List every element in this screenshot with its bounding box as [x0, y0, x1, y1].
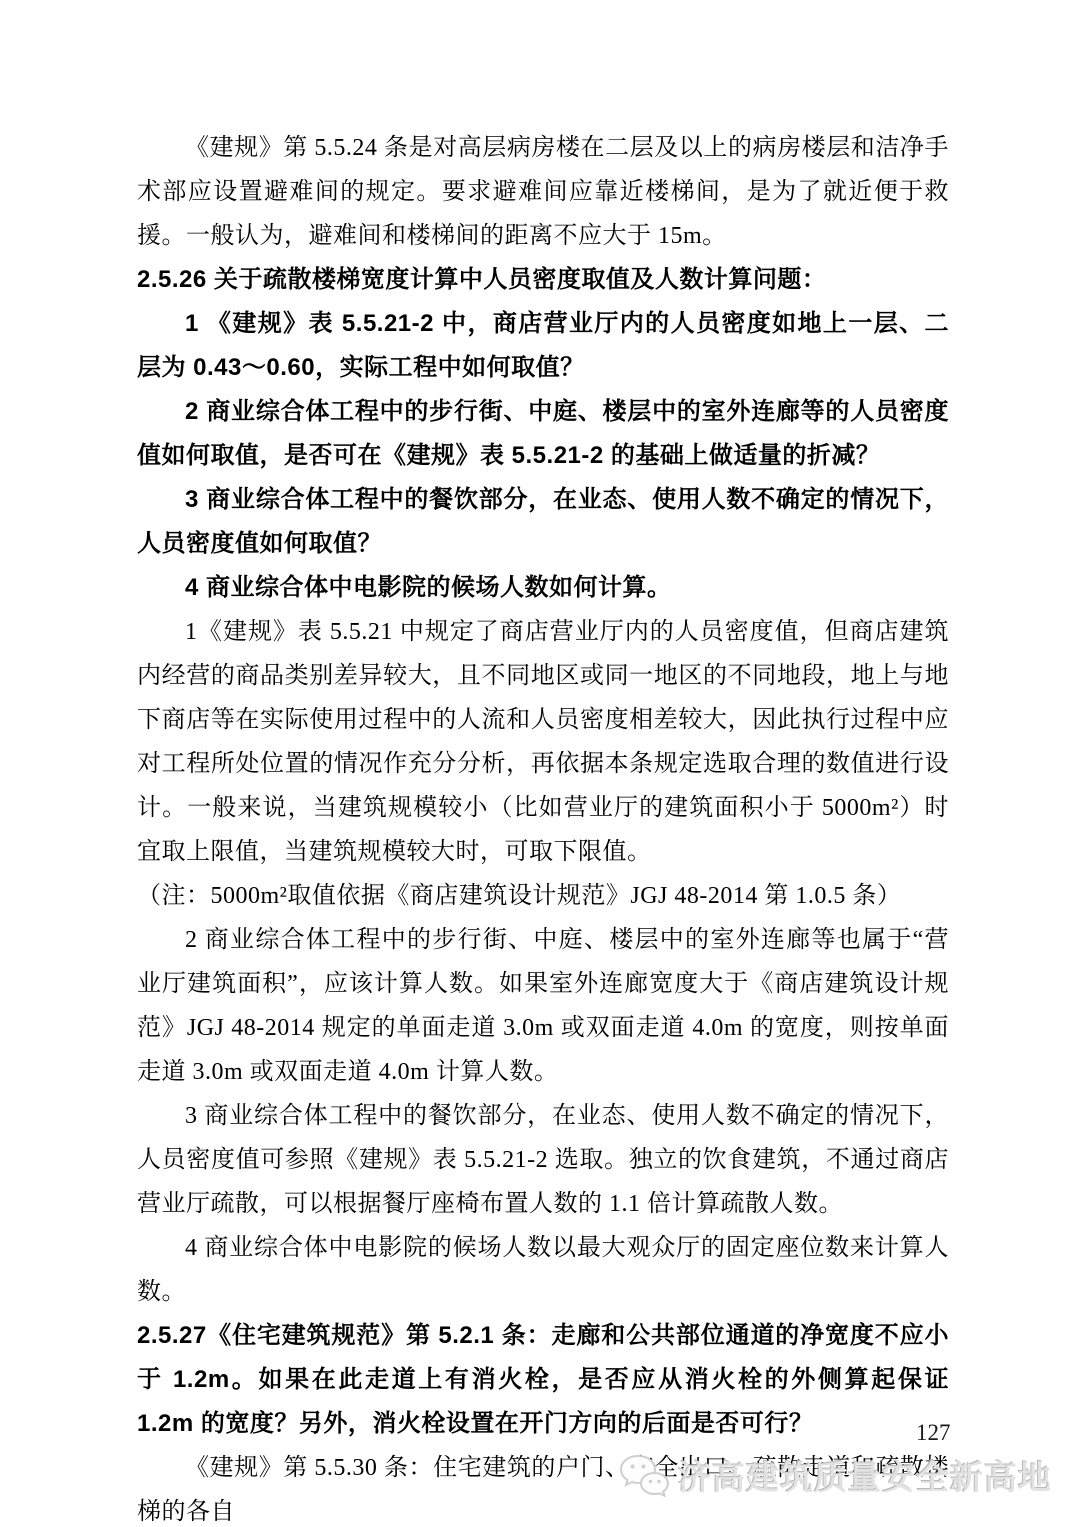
paragraph: 2.5.27《住宅建筑规范》第 5.2.1 条：走廊和公共部位通道的净宽度不应小… [137, 1314, 949, 1446]
watermark-text: 济高建筑质量安全新高地 [678, 1452, 1052, 1499]
paragraph: 4 商业综合体中电影院的候场人数以最大观众厅的固定座位数来计算人数。 [137, 1226, 949, 1314]
document-page: 《建规》第 5.5.24 条是对高层病房楼在二层及以上的病房楼层和洁净手术部应设… [0, 0, 1080, 1527]
document-body: 《建规》第 5.5.24 条是对高层病房楼在二层及以上的病房楼层和洁净手术部应设… [137, 126, 949, 1527]
paragraph: 4 商业综合体中电影院的候场人数如何计算。 [137, 566, 949, 610]
paragraph: 2.5.26 关于疏散楼梯宽度计算中人员密度取值及人数计算问题： [137, 258, 949, 302]
paragraph: 2 商业综合体工程中的步行街、中庭、楼层中的室外连廊等也属于“营业厅建筑面积”，… [137, 918, 949, 1094]
paragraph: 1《建规》表 5.5.21 中规定了商店营业厅内的人员密度值，但商店建筑内经营的… [137, 610, 949, 874]
paragraph: 《建规》第 5.5.24 条是对高层病房楼在二层及以上的病房楼层和洁净手术部应设… [137, 126, 949, 258]
paragraph: 1 《建规》表 5.5.21-2 中，商店营业厅内的人员密度如地上一层、二层为 … [137, 302, 949, 390]
page-number: 127 [916, 1420, 951, 1446]
paragraph: （注：5000m²取值依据《商店建筑设计规范》JGJ 48-2014 第 1.0… [137, 874, 949, 918]
watermark: 济高建筑质量安全新高地 [618, 1452, 1052, 1499]
paragraph: 2 商业综合体工程中的步行街、中庭、楼层中的室外连廊等的人员密度值如何取值，是否… [137, 390, 949, 478]
wechat-icon [618, 1453, 670, 1499]
paragraph: 3 商业综合体工程中的餐饮部分，在业态、使用人数不确定的情况下，人员密度值可参照… [137, 1094, 949, 1226]
paragraph: 3 商业综合体工程中的餐饮部分，在业态、使用人数不确定的情况下，人员密度值如何取… [137, 478, 949, 566]
